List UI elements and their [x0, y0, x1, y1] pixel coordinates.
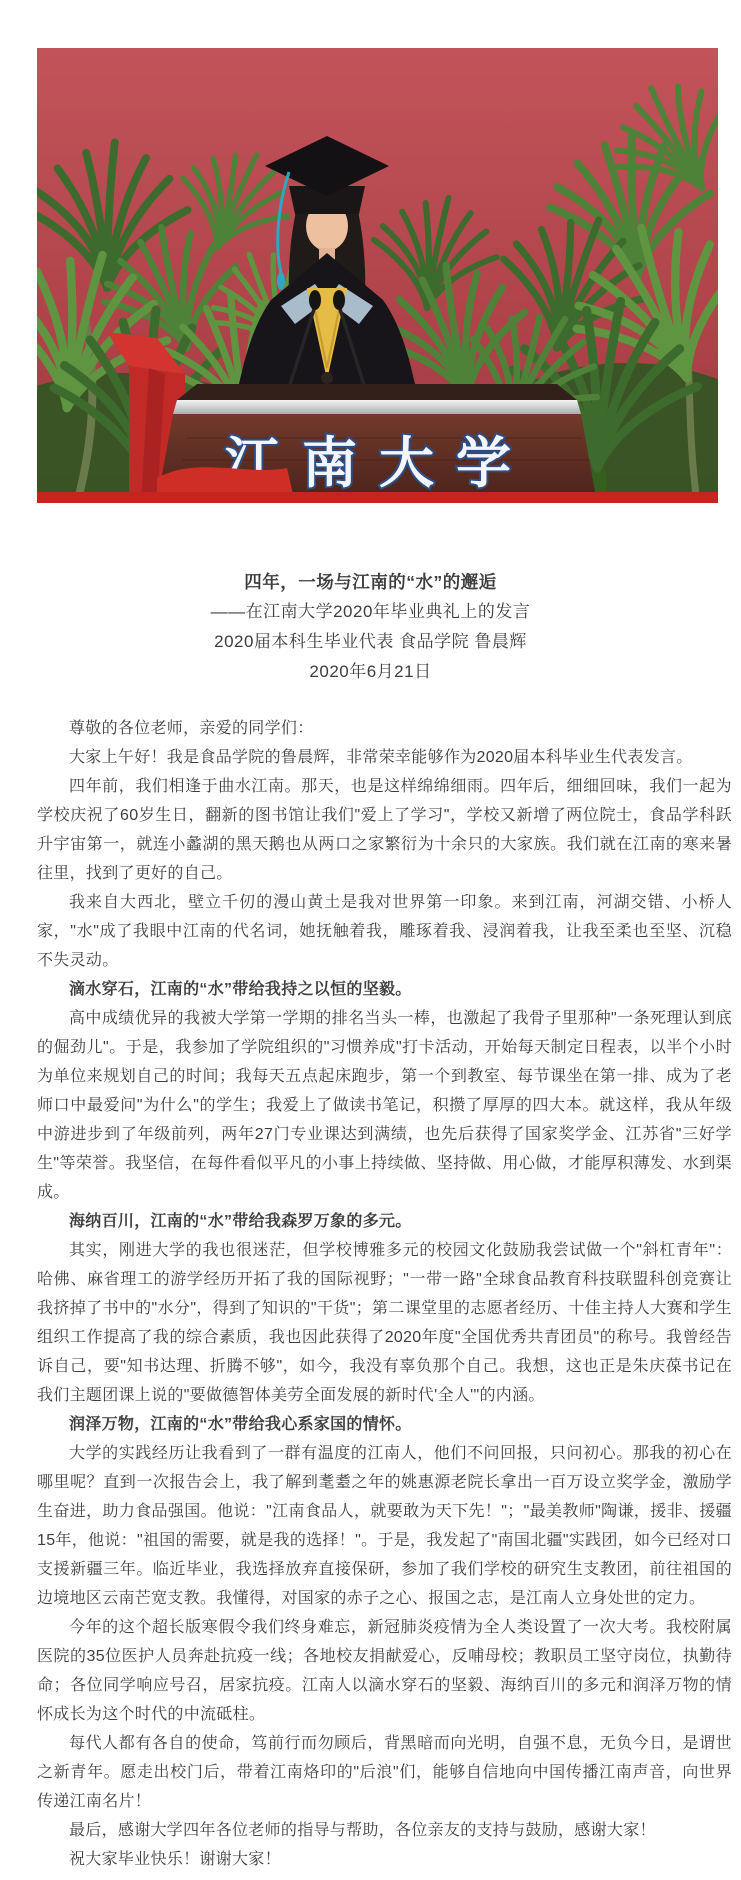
- section-heading: 滴水穿石，江南的“水”带给我持之以恒的坚毅。: [37, 975, 732, 1004]
- microphone-head-icon: [309, 290, 321, 310]
- article-body: 尊敬的各位老师，亲爱的同学们： 大家上午好！我是食品学院的鲁晨辉，非常荣幸能够作…: [37, 714, 732, 1874]
- salutation: 尊敬的各位老师，亲爱的同学们：: [37, 714, 732, 743]
- body-paragraph: 我来自大西北，壁立千仞的漫山黄土是我对世界第一印象。来到江南，河湖交错、小桥人家…: [37, 888, 732, 975]
- podium-top: [177, 384, 577, 400]
- article-title: 四年，一场与江南的“水”的邂逅: [0, 567, 741, 597]
- body-paragraph: 大学的实践经历让我看到了一群有温度的江南人，他们不问回报，只问初心。那我的初心在…: [37, 1439, 732, 1613]
- body-paragraph: 每代人都有各自的使命，笃前行而勿顾后，背黑暗而向光明，自强不息，无负今日，是谓世…: [37, 1729, 732, 1816]
- bottom-red-band: [37, 492, 718, 503]
- body-paragraph: 大家上午好！我是食品学院的鲁晨辉，非常荣幸能够作为2020届本科毕业生代表发言。: [37, 743, 732, 772]
- microphone-head-icon: [333, 290, 345, 310]
- body-paragraph: 祝大家毕业快乐！谢谢大家！: [37, 1845, 732, 1874]
- body-paragraph: 今年的这个超长版寒假令我们终身难忘，新冠肺炎疫情为全人类设置了一次大考。我校附属…: [37, 1613, 732, 1729]
- body-paragraph: 最后，感谢大学四年各位老师的指导与帮助，各位亲友的支持与鼓励，感谢大家！: [37, 1816, 732, 1845]
- hood-knot: [321, 372, 333, 384]
- article-date: 2020年6月21日: [0, 657, 741, 687]
- body-paragraph: 高中成绩优异的我被大学第一学期的排名当头一棒，也激起了我骨子里那种"一条死理认到…: [37, 1004, 732, 1207]
- body-paragraph: 四年前，我们相逢于曲水江南。那天，也是这样绵绵细雨。四年后，细细回味，我们一起为…: [37, 772, 732, 888]
- graduation-photo-scene: 江南大学: [37, 48, 718, 503]
- podium-trim: [173, 400, 581, 414]
- section-heading: 海纳百川，江南的“水”带给我森罗万象的多元。: [37, 1207, 732, 1236]
- tassel-tip: [277, 272, 285, 290]
- article-subtitle: ——在江南大学2020年毕业典礼上的发言: [0, 597, 741, 627]
- article-header: 四年，一场与江南的“水”的邂逅 ——在江南大学2020年毕业典礼上的发言 202…: [0, 567, 741, 687]
- body-paragraph: 其实，刚进大学的我也很迷茫，但学校博雅多元的校园文化鼓励我尝试做一个"斜杠青年"…: [37, 1236, 732, 1410]
- section-heading: 润泽万物，江南的“水”带给我心系家国的情怀。: [37, 1410, 732, 1439]
- article-byline: 2020届本科生毕业代表 食品学院 鲁晨辉: [0, 627, 741, 657]
- graduation-photo: 江南大学: [37, 48, 718, 503]
